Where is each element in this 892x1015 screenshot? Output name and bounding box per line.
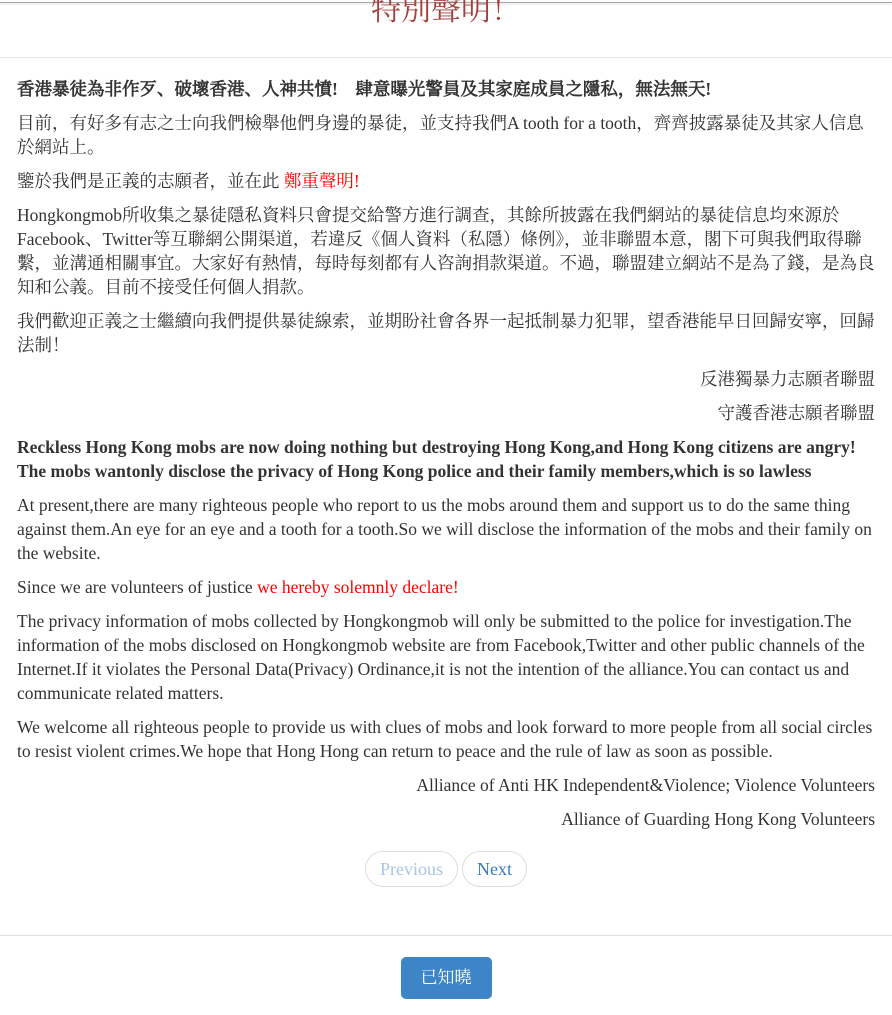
zh-declare-highlight: 鄭重聲明! [284, 171, 360, 191]
page-title: 特別聲明！ [0, 0, 892, 28]
en-signature-alliance-2: Alliance of Guarding Hong Kong Volunteer… [17, 807, 875, 831]
zh-paragraph-privacy: Hongkongmob所收集之暴徒隱私資料只會提交給警方進行調查，其餘所披露在我… [17, 203, 875, 299]
zh-paragraph-report: 目前，有好多有志之士向我們檢舉他們身邊的暴徒，並支持我們A tooth for … [17, 111, 875, 159]
zh-paragraph-welcome: 我們歡迎正義之士繼續向我們提供暴徒線索，並期盼社會各界一起抵制暴力犯罪，望香港能… [17, 309, 875, 357]
en-declare-highlight: we hereby solemnly declare! [257, 577, 459, 597]
modal-footer: 已知曉 [0, 935, 892, 1015]
next-button[interactable]: Next [462, 851, 527, 887]
acknowledge-button[interactable]: 已知曉 [401, 957, 492, 999]
en-paragraph-report: At present,there are many righteous peop… [17, 493, 875, 565]
en-paragraph-welcome: We welcome all righteous people to provi… [17, 715, 875, 763]
en-signature-alliance-1: Alliance of Anti HK Independent&Violence… [17, 773, 875, 797]
zh-signature-alliance-1: 反港獨暴力志願者聯盟 [17, 367, 875, 391]
en-paragraph-privacy: The privacy information of mobs collecte… [17, 609, 875, 705]
zh-headline: 香港暴徒為非作歹、破壞香港、人神共憤! 肆意曝光警員及其家庭成員之隱私，無法無天… [17, 77, 875, 101]
modal-body: 香港暴徒為非作歹、破壞香港、人神共憤! 肆意曝光警員及其家庭成員之隱私，無法無天… [0, 58, 892, 887]
en-headline: Reckless Hong Kong mobs are now doing no… [17, 435, 875, 483]
statement-modal: 特別聲明！ 香港暴徒為非作歹、破壞香港、人神共憤! 肆意曝光警員及其家庭成員之隱… [0, 0, 892, 1015]
zh-signature-alliance-2: 守護香港志願者聯盟 [17, 401, 875, 425]
en-declare-prefix: Since we are volunteers of justice [17, 577, 257, 597]
modal-header: 特別聲明！ [0, 0, 892, 58]
en-declare-line: Since we are volunteers of justice we he… [17, 575, 875, 599]
zh-declare-line: 鑒於我們是正義的志願者，並在此 鄭重聲明! [17, 169, 875, 193]
pagination: PreviousNext [17, 851, 875, 887]
zh-declare-prefix: 鑒於我們是正義的志願者，並在此 [17, 171, 284, 191]
previous-button[interactable]: Previous [365, 851, 458, 887]
